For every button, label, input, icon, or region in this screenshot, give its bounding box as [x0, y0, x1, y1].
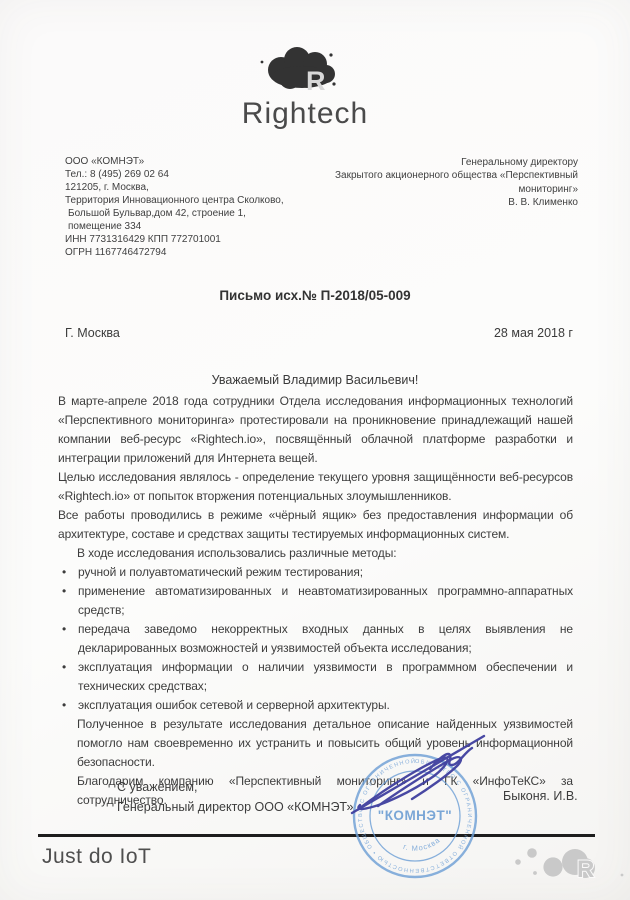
bullet-icon: •: [62, 620, 66, 639]
sender-line: ОГРН 1167746472794: [65, 246, 284, 259]
sender-line: 121205, г. Москва,: [65, 181, 284, 194]
signer-title: Генеральный директор ООО «КОМНЭТ»: [117, 797, 353, 817]
recipient-line: В. В. Клименко: [288, 196, 578, 209]
stamp-city-text: г. Москва: [402, 835, 442, 852]
list-item: •эксплуатация информации о наличии уязви…: [58, 658, 573, 696]
watermark-cloud-icon: R: [505, 840, 630, 900]
list-item: •ручной и полуавтоматический режим тести…: [58, 563, 573, 582]
logo-letter: R: [306, 66, 326, 96]
handwritten-signature: [338, 722, 503, 822]
sender-line: Территория Инновационного центра Сколков…: [65, 194, 284, 207]
recipient-line: Закрытого акционерного общества «Перспек…: [288, 169, 578, 182]
bullet-icon: •: [62, 658, 66, 677]
list-item: •эксплуатация ошибок сетевой и серверной…: [58, 696, 573, 715]
recipient-block: Генеральному директору Закрытого акционе…: [288, 156, 578, 209]
bullet-icon: •: [62, 696, 66, 715]
footer-divider: [38, 834, 595, 837]
list-item-text: ручной и полуавтоматический режим тестир…: [78, 565, 363, 579]
list-item-text: эксплуатация информации о наличии уязвим…: [78, 660, 573, 693]
sender-line: Большой Бульвар,дом 42, строение 1,: [65, 207, 284, 220]
sender-line: Тел.: 8 (495) 269 02 64: [65, 168, 284, 181]
rightech-logo: R Rightech: [230, 46, 380, 131]
paragraph: Целью исследования являлось - определени…: [58, 468, 573, 506]
bullet-icon: •: [62, 563, 66, 582]
list-item: •применение автоматизированных и неавтом…: [58, 582, 573, 620]
signature-block: С уважением, Генеральный директор ООО «К…: [117, 777, 353, 817]
list-item-text: применение автоматизированных и неавтома…: [78, 584, 573, 617]
letter-date: 28 мая 2018 г: [494, 326, 573, 340]
list-item-text: передача заведомо некорректных входных д…: [78, 622, 573, 655]
sender-line: ИНН 7731316429 КПП 772701001: [65, 233, 284, 246]
recipient-line: мониторинг»: [288, 183, 578, 196]
paragraph: В ходе исследования использовались разли…: [77, 544, 573, 563]
sender-line: помещение 334: [65, 220, 284, 233]
list-item: •передача заведомо некорректных входных …: [58, 620, 573, 658]
letter-subject: Письмо исх.№ П-2018/05-009: [0, 288, 630, 303]
scanned-letter-page: R Rightech ООО «КОМНЭТ» Тел.: 8 (495) 26…: [0, 0, 630, 900]
signer-name: Быконя. И.В.: [503, 789, 578, 803]
watermark-letter: R: [577, 856, 594, 883]
sender-line: ООО «КОМНЭТ»: [65, 155, 284, 168]
cloud-logo-icon: R: [230, 46, 380, 98]
list-item-text: эксплуатация ошибок сетевой и серверной …: [78, 698, 390, 712]
methods-list: •ручной и полуавтоматический режим тести…: [58, 563, 573, 715]
brand-name: Rightech: [230, 97, 380, 131]
greeting-line: Уважаемый Владимир Васильевич!: [0, 373, 630, 387]
sender-address-block: ООО «КОМНЭТ» Тел.: 8 (495) 269 02 64 121…: [65, 155, 284, 259]
footer-slogan: Just do IoT: [42, 845, 151, 869]
recipient-line: Генеральному директору: [288, 156, 578, 169]
svg-text:г. Москва: г. Москва: [402, 835, 442, 852]
letter-city: Г. Москва: [65, 326, 120, 340]
paragraph: Все работы проводились в режиме «чёрный …: [58, 506, 573, 544]
regards-line: С уважением,: [117, 777, 353, 797]
paragraph: В марте-апреле 2018 года сотрудники Отде…: [58, 392, 573, 468]
bullet-icon: •: [62, 582, 66, 601]
